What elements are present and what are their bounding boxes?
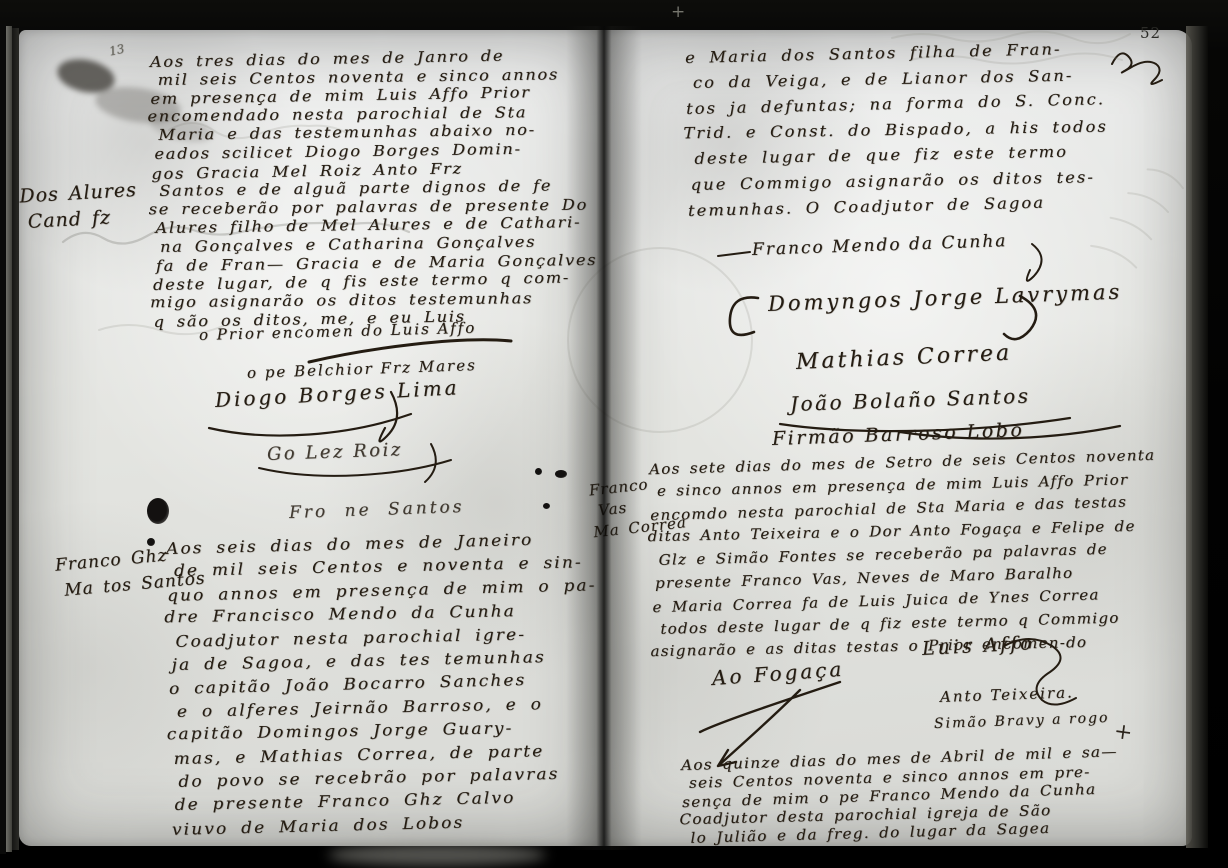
signature-franco-mendo-da-cunha: Franco Mendo da Cunha [752, 231, 1008, 260]
ink-blot [543, 503, 550, 509]
signature-go-lez: Go Lez Roiz [267, 439, 404, 465]
ink-blot [555, 470, 567, 478]
signature-mathias-correa: Mathias Correa [795, 341, 1012, 375]
book-edge [12, 28, 19, 850]
corner-number: 13 [108, 42, 126, 59]
left-page: 13 Dos AluresCand fz Aos tres dias do me… [19, 30, 600, 846]
signature-anto-teixeira: Anto Teixeira. [940, 683, 1074, 706]
folio-number: 52 [1140, 24, 1161, 42]
page-stack-edge [1186, 26, 1208, 848]
microfilm-scan: + 13 Dos AluresCand fz Aos tres dias do … [0, 0, 1228, 868]
signature-joao-bolano: João Bolaño Santos [790, 384, 1031, 416]
margin-note-entry1: Dos AluresCand fz [22, 177, 142, 235]
signature-simao-a-rogo: Simão Bravy a rogo [934, 710, 1110, 732]
right-entry1-text: e Maria dos Santos filha de Fran-co da V… [688, 37, 1132, 224]
top-cross-mark: + [671, 2, 685, 22]
signature-domingos-jorge: Domyngos Jorge Lavrymas [768, 280, 1123, 316]
signature-firmao-barroso: Firmão Barroso Lobo [772, 419, 1025, 450]
bottom-page-edge [328, 844, 546, 866]
left-entry1-text: Aos tres dias do mes de Janro demil seis… [153, 45, 632, 331]
right-entry3-text: Aos quinze dias do mes de Abril de mil e… [684, 741, 1211, 849]
section-header: Fro ne Santos [289, 497, 465, 523]
ink-blot [535, 468, 542, 475]
right-entry2-text: Aos sete dias do mes de Setro de seis Ce… [652, 445, 1208, 665]
ink-blot [147, 498, 169, 524]
margin-note-line: Cand fz [27, 203, 146, 235]
left-entry2-text: Aos seis dias do mes de Janeirode mil se… [169, 527, 620, 841]
right-page: 52 e Maria dos Santos filha de Fran-co d… [600, 30, 1192, 846]
